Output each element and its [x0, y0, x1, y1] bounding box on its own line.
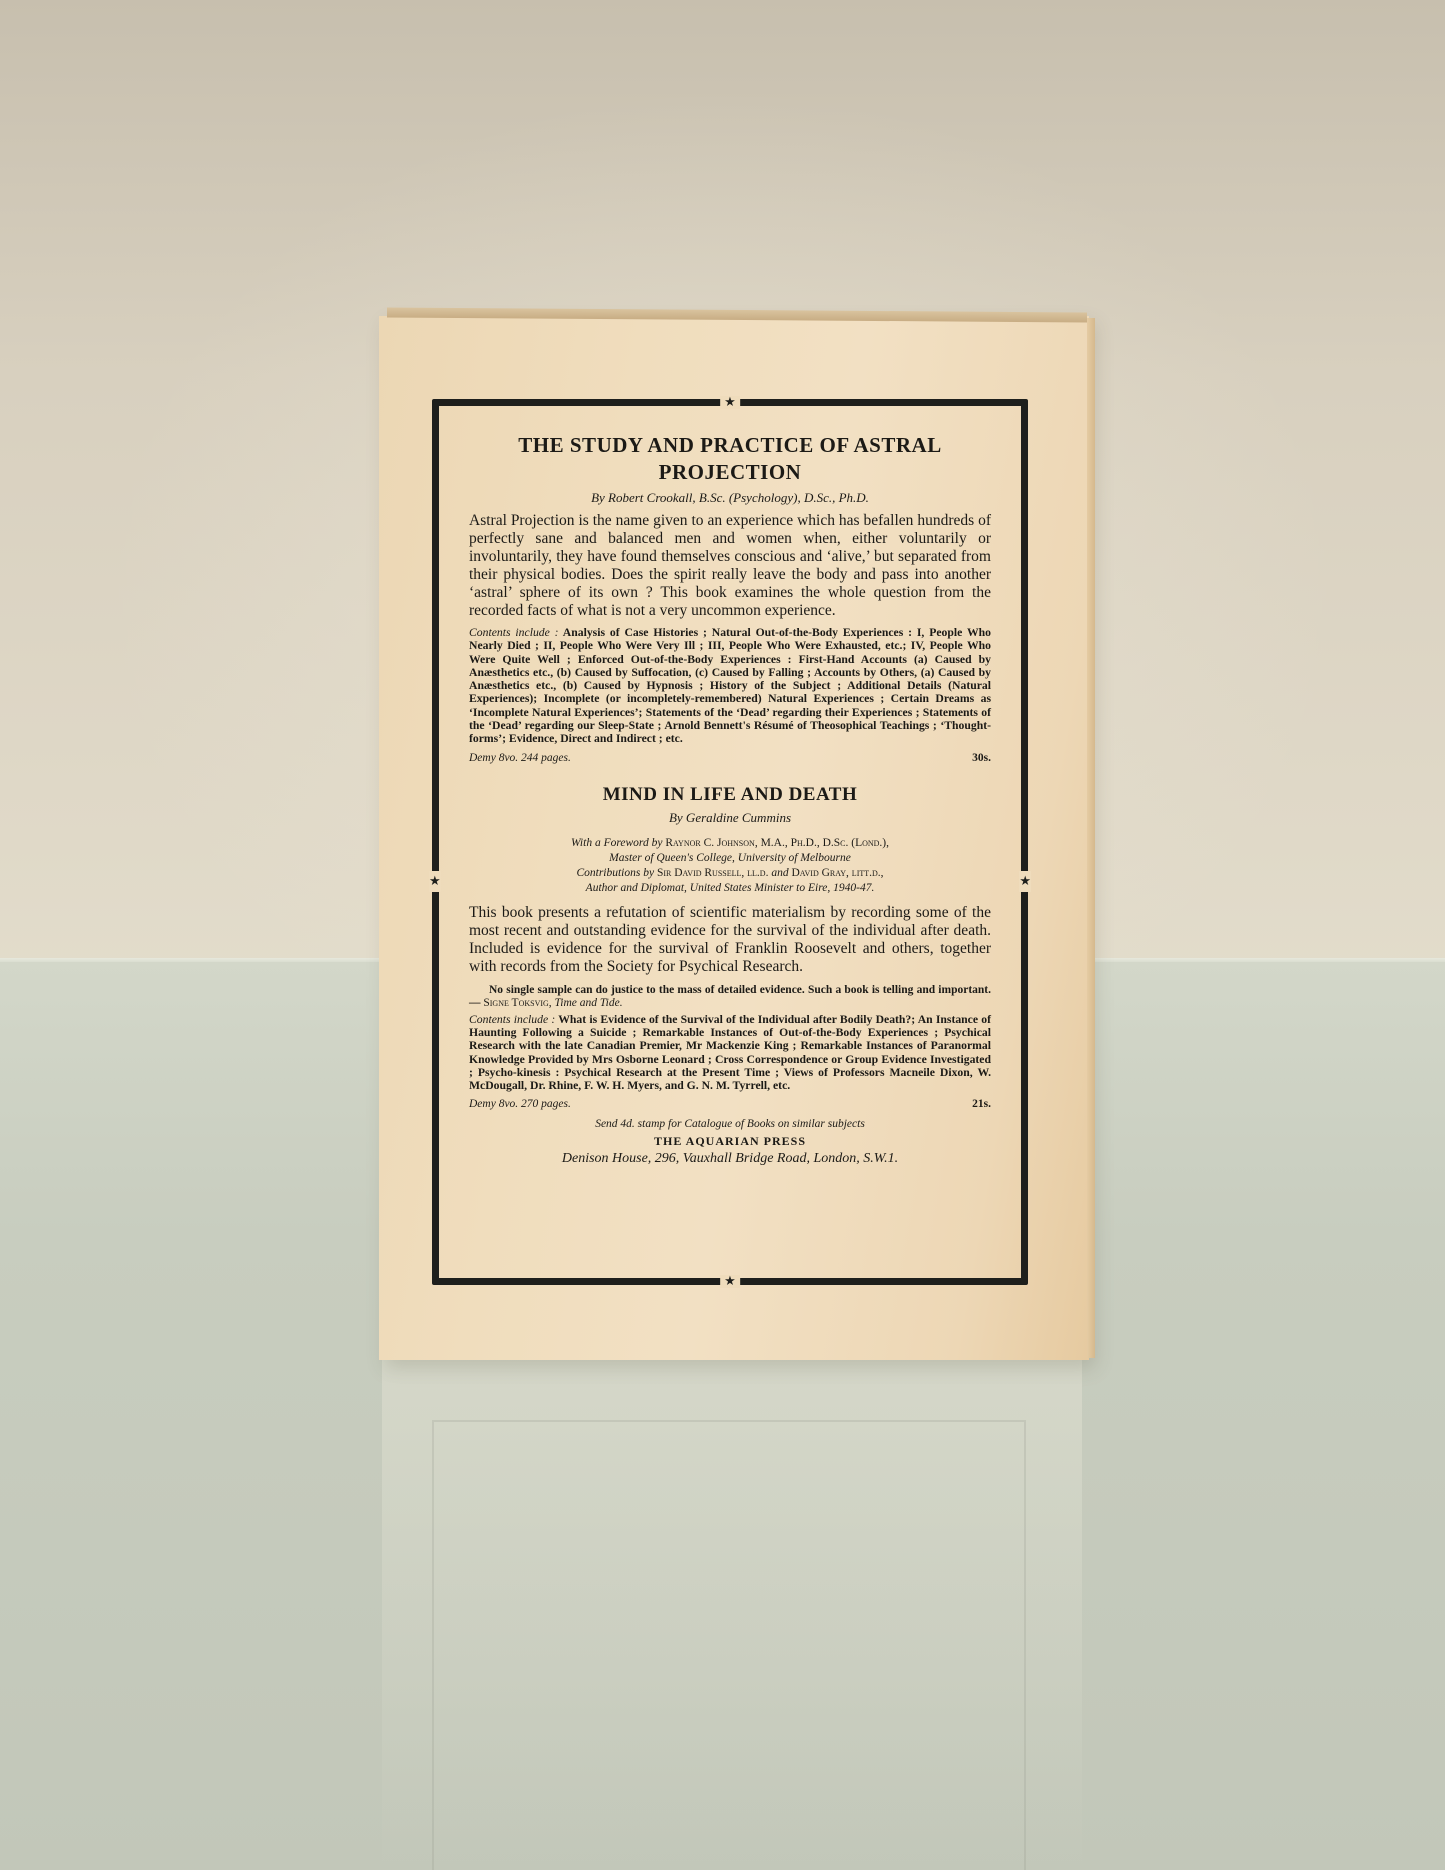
quote-source: Time and Tide. [555, 997, 623, 1009]
star-ornament-icon: ★ [429, 871, 441, 892]
contrib-name-2: David Gray, litt.d., [791, 867, 883, 879]
book2-foreword-role: Master of Queen's College, University of… [469, 851, 991, 866]
book2-contributions: Contributions by Sir David Russell, ll.d… [469, 866, 991, 881]
book-spine-edge [1087, 318, 1095, 1358]
book-dust-jacket-back: ★ ★ ★ ★ THE STUDY AND PRACTICE OF ASTRAL… [379, 316, 1089, 1360]
frame-reflection [432, 1420, 1026, 1870]
book1-contents: Contents include : Analysis of Case Hist… [469, 626, 991, 746]
book1-byline: By Robert Crookall, B.Sc. (Psychology), … [469, 490, 991, 506]
foreword-name: Raynor C. Johnson, M.A., Ph.D., D.Sc. (L… [665, 837, 889, 849]
book2-advert: MIND IN LIFE AND DEATH By Geraldine Cumm… [469, 784, 991, 1111]
star-ornament-icon: ★ [1019, 871, 1031, 892]
book1-title: THE STUDY AND PRACTICE OF ASTRAL PROJECT… [469, 432, 991, 486]
book2-contrib-role: Author and Diplomat, United States Minis… [469, 881, 991, 896]
book2-meta: Demy 8vo. 270 pages. 21s. [469, 1098, 991, 1110]
book2-title: MIND IN LIFE AND DEATH [469, 784, 991, 806]
publisher-name: THE AQUARIAN PRESS [469, 1134, 991, 1149]
book2-byline: By Geraldine Cummins [469, 810, 991, 826]
book1-price: 30s. [972, 752, 991, 764]
book1-format: Demy 8vo. 244 pages. [469, 752, 571, 764]
book2-blurb: This book presents a refutation of scien… [469, 904, 991, 976]
advert-content: THE STUDY AND PRACTICE OF ASTRAL PROJECT… [469, 432, 991, 1167]
book1-contents-list: Analysis of Case Histories ; Natural Out… [469, 626, 991, 745]
star-ornament-icon: ★ [720, 396, 740, 409]
catalogue-offer: Send 4d. stamp for Catalogue of Books on… [469, 1118, 991, 1130]
book2-foreword: With a Foreword by Raynor C. Johnson, M.… [469, 836, 991, 851]
book2-contents: Contents include : What is Evidence of t… [469, 1013, 991, 1093]
book1-advert: THE STUDY AND PRACTICE OF ASTRAL PROJECT… [469, 432, 991, 764]
contrib-name-1: Sir David Russell, ll.d. [657, 867, 768, 879]
contrib-lead: Contributions by [576, 867, 654, 879]
publisher-footer: Send 4d. stamp for Catalogue of Books on… [469, 1118, 991, 1167]
book1-blurb: Astral Projection is the name given to a… [469, 512, 991, 620]
contrib-and: and [771, 867, 788, 879]
book2-contents-lead: Contents include : [469, 1013, 555, 1026]
book2-credits: With a Foreword by Raynor C. Johnson, M.… [469, 836, 991, 896]
book1-contents-lead: Contents include : [469, 626, 559, 639]
decorative-border-frame: ★ ★ ★ ★ THE STUDY AND PRACTICE OF ASTRAL… [432, 399, 1028, 1285]
star-ornament-icon: ★ [720, 1275, 740, 1288]
quote-author: Signe Toksvig, [483, 997, 551, 1009]
publisher-address: Denison House, 296, Vauxhall Bridge Road… [469, 1151, 991, 1167]
book2-format: Demy 8vo. 270 pages. [469, 1098, 571, 1110]
foreword-lead: With a Foreword by [571, 837, 662, 849]
book2-review-quote: No single sample can do justice to the m… [469, 984, 991, 1010]
book2-price: 21s. [972, 1098, 991, 1110]
book1-meta: Demy 8vo. 244 pages. 30s. [469, 752, 991, 764]
